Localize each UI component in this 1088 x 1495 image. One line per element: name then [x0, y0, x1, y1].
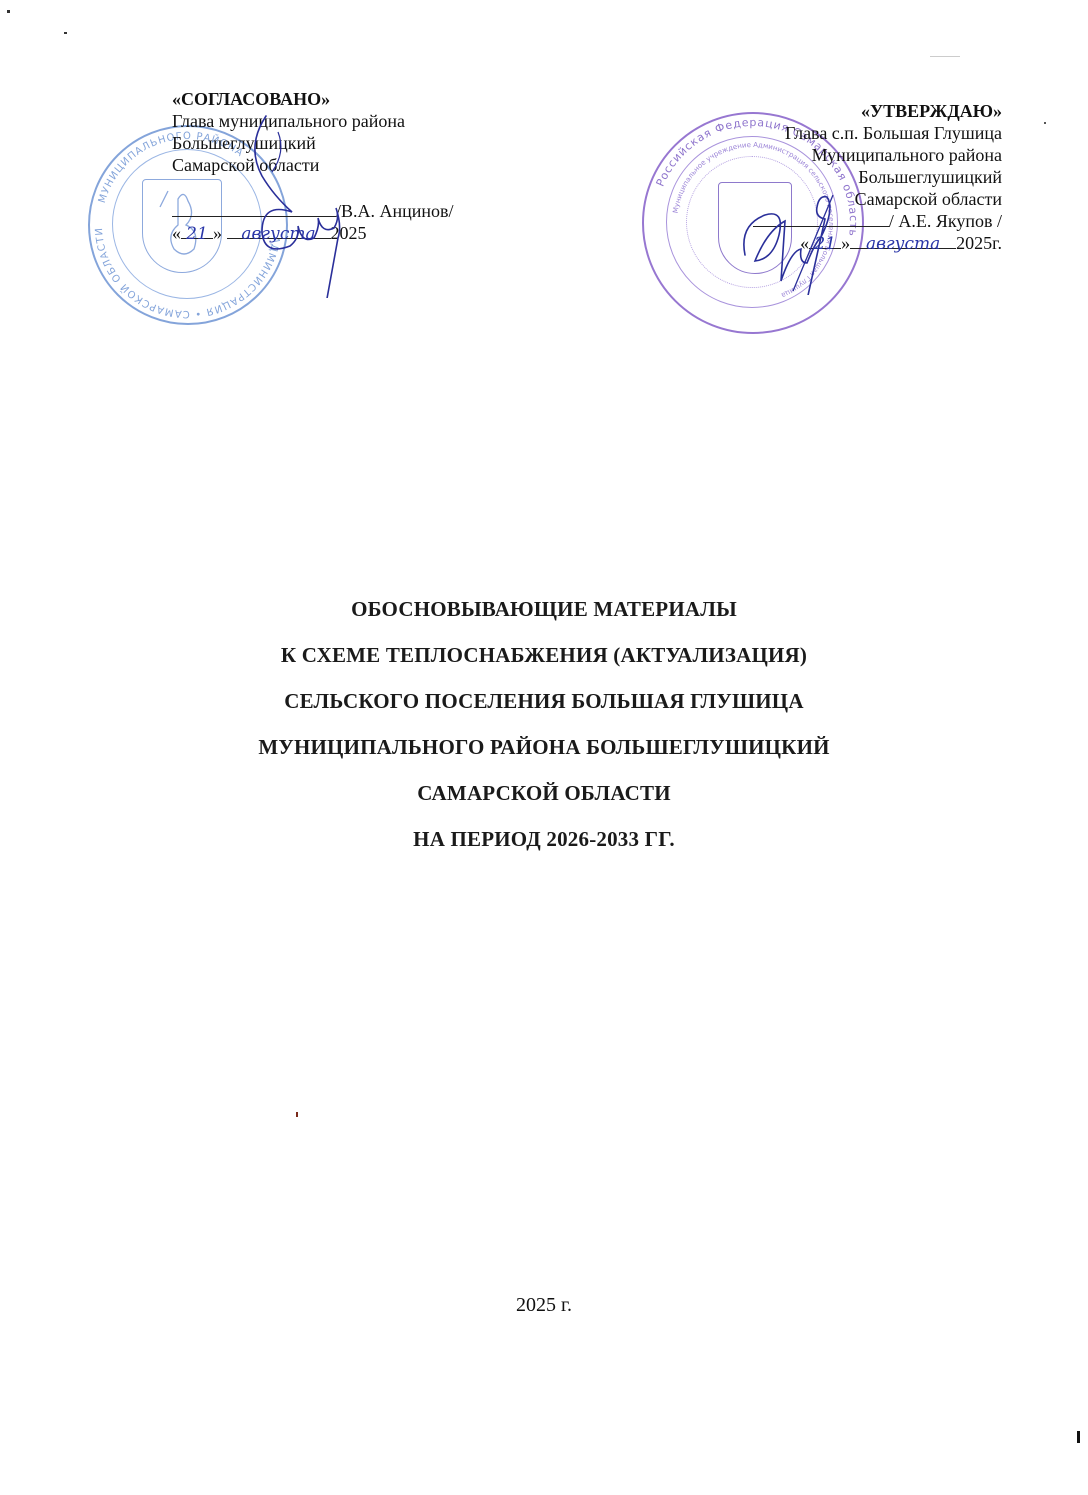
- title-line: ОБОСНОВЫВАЮЩИЕ МАТЕРИАЛЫ: [0, 586, 1088, 632]
- signature-right-icon: [735, 185, 855, 295]
- title-line: К СХЕМЕ ТЕПЛОСНАБЖЕНИЯ (АКТУАЛИЗАЦИЯ): [0, 632, 1088, 678]
- signature-left-icon: [238, 108, 358, 298]
- scan-speck: [930, 56, 960, 57]
- date-month-handwritten: августа: [866, 234, 940, 254]
- scan-speck: [1077, 1431, 1080, 1443]
- date-year: 2025г.: [956, 233, 1002, 253]
- title-line: САМАРСКОЙ ОБЛАСТИ: [0, 770, 1088, 816]
- document-year: 2025 г.: [0, 1294, 1088, 1317]
- document-title: ОБОСНОВЫВАЮЩИЕ МАТЕРИАЛЫ К СХЕМЕ ТЕПЛОСН…: [0, 586, 1088, 862]
- approval-heading: «СОГЛАСОВАНО»: [172, 88, 492, 110]
- document-page: МУНИЦИПАЛЬНОГО РАЙОНА АДМИНИСТРАЦИЯ • СА…: [0, 0, 1088, 1495]
- title-line: МУНИЦИПАЛЬНОГО РАЙОНА БОЛЬШЕГЛУШИЦКИЙ: [0, 724, 1088, 770]
- approval-heading: «УТВЕРЖДАЮ»: [622, 100, 1002, 122]
- date-open-quote: «: [172, 223, 181, 243]
- date-day-blank: 21: [181, 222, 213, 239]
- approval-position-line: Муниципального района: [622, 144, 1002, 166]
- title-line: СЕЛЬСКОГО ПОСЕЛЕНИЯ БОЛЬШАЯ ГЛУШИЦА: [0, 678, 1088, 724]
- scan-speck: [64, 32, 67, 34]
- approval-position-line: Глава с.п. Большая Глушица: [622, 122, 1002, 144]
- date-month-blank: августа: [850, 232, 956, 249]
- scan-speck: [7, 10, 10, 13]
- scan-speck: [1044, 122, 1046, 124]
- date-close-quote: »: [213, 223, 222, 243]
- signatory-name: / А.Е. Якупов /: [889, 211, 1002, 231]
- date-day-handwritten: 21: [186, 224, 208, 244]
- title-line: НА ПЕРИОД 2026-2033 ГГ.: [0, 816, 1088, 862]
- scan-speck: [296, 1112, 298, 1117]
